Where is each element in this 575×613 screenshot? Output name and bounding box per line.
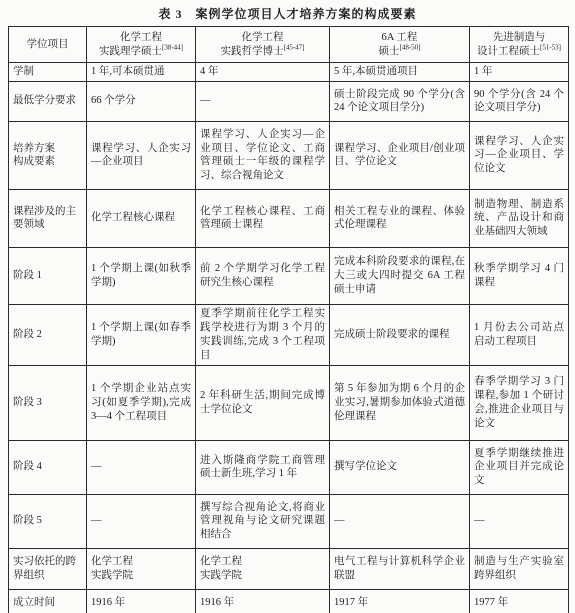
cell: 1 年,可本硕贯通	[87, 63, 196, 82]
table-title: 表 3 案例学位项目人才培养方案的构成要素	[0, 5, 575, 22]
cell: 化学工程 实践学院	[87, 548, 196, 589]
cell: —	[87, 494, 196, 548]
citation-superscript: [51-53]	[540, 43, 561, 51]
row-header: 阶段 1	[9, 247, 87, 304]
cell: —	[330, 494, 470, 548]
table-row: 最低学分要求 66 个学分 — 硕士阶段完成 90 个学分(含 24 个论文项目…	[9, 81, 569, 121]
cell: 制造与生产实验室跨界组织	[470, 548, 569, 589]
cell: 1916 年	[87, 589, 196, 613]
corner-header: 学位项目	[9, 27, 87, 63]
table-row: 课程涉及的主要领域 化学工程核心课程 化学工程核心课程、工商管理硕士课程 相关工…	[9, 189, 569, 247]
cell: 撰写学位论文	[330, 440, 470, 494]
table-row: 阶段 2 1 个学期上课(如春季学期) 夏季学期前往化学工程实践学校进行为期 3…	[9, 304, 569, 365]
table-row: 实习依托的跨界组织 化学工程 实践学院 化学工程 实践学院 电气工程与计算机科学…	[9, 548, 569, 589]
cell: 进入斯隆商学院工商管理硕士新生班,学习 1 年	[196, 440, 330, 494]
cell: 1917 年	[330, 589, 470, 613]
cell: 1 个学期上课(如秋季学期)	[87, 247, 196, 304]
cell: 1977 年	[470, 589, 569, 613]
table-row: 成立时间 1916 年 1916 年 1917 年 1977 年	[9, 589, 569, 613]
cell: 66 个学分	[87, 81, 196, 121]
cell: 课程学习、人企实习—企业项目、学位论文	[470, 121, 569, 189]
cell: 1 年	[470, 63, 569, 82]
column-header-line1: 化学工程	[120, 32, 162, 43]
cell: 夏季学期继续推进企业项目并完成论文	[470, 440, 569, 494]
cell: 1 月份去公司站点启动工程项目	[470, 304, 569, 365]
cell: 硕士阶段完成 90 个学分(含 24 个论文项目学分)	[330, 81, 470, 121]
cell: 课程学习、企业项目/创业项目、学位论文	[330, 121, 470, 189]
cell: 4 年	[196, 63, 330, 82]
column-header-6a-eng: 6A 工程硕士[48-50]	[330, 27, 470, 63]
cell: 夏季学期前往化学工程实践学校进行为期 3 个月的实践训练,完成 3 个工程项目	[196, 304, 330, 365]
cell: 完成本科阶段要求的课程,在大三或大四时提交 6A 工程硕士申请	[330, 247, 470, 304]
cell: 化学工程核心课程、工商管理硕士课程	[196, 189, 330, 247]
row-header: 成立时间	[9, 589, 87, 613]
header-row: 学位项目 化学工程实践理学硕士[38-44] 化学工程实践哲学博士[45-47]…	[9, 27, 569, 63]
column-header-chem-phd: 化学工程实践哲学博士[45-47]	[196, 27, 330, 63]
table-row: 培养方案 构成要素 课程学习、人企实习—企业项目 课程学习、人企实习—企业项目、…	[9, 121, 569, 189]
cell: 课程学习、人企实习—企业项目、学位论文、工商管理硕士一年级的课程学习、综合视角论…	[196, 121, 330, 189]
row-header: 阶段 4	[9, 440, 87, 494]
row-header: 培养方案 构成要素	[9, 121, 87, 189]
row-header: 学制	[9, 63, 87, 82]
cell: 化学工程核心课程	[87, 189, 196, 247]
table-row: 阶段 1 1 个学期上课(如秋季学期) 前 2 个学期学习化学工程研究生核心课程…	[9, 247, 569, 304]
column-header-line1: 6A 工程	[382, 32, 418, 43]
column-header-line1: 先进制造与	[493, 32, 546, 43]
table-row: 阶段 3 1 个学期企业站点实习(如夏季学期),完成 3—4 个工程项目 2 年…	[9, 365, 569, 440]
cell: 90 个学分(含 24 个论文项目学分)	[470, 81, 569, 121]
citation-superscript: [45-47]	[284, 43, 305, 51]
cell: 春季学期学习 3 门课程,参加 1 个研讨会,推进企业项目与论文	[470, 365, 569, 440]
cell: 化学工程 实践学院	[196, 548, 330, 589]
cell: 1 个学期上课(如春季学期)	[87, 304, 196, 365]
column-header-adv-mfg: 先进制造与设计工程硕士[51-53]	[470, 27, 569, 63]
column-header-line2: 设计工程硕士	[477, 46, 540, 57]
row-header: 最低学分要求	[9, 81, 87, 121]
cell: —	[196, 81, 330, 121]
cell: 第 5 年参加为期 6 个月的企业实习,暑期参加体验式道德伦理课程	[330, 365, 470, 440]
cell: —	[470, 494, 569, 548]
table-row: 阶段 4 — 进入斯隆商学院工商管理硕士新生班,学习 1 年 撰写学位论文 夏季…	[9, 440, 569, 494]
cell: 相关工程专业的课程、体验式伦理课程	[330, 189, 470, 247]
row-header: 阶段 3	[9, 365, 87, 440]
row-header: 课程涉及的主要领域	[9, 189, 87, 247]
cell: 课程学习、人企实习—企业项目	[87, 121, 196, 189]
table-row: 阶段 5 — 撰写综合视角论文,将商业管理视角与论文研究课题相结合 — —	[9, 494, 569, 548]
cell: 完成硕士阶段要求的课程	[330, 304, 470, 365]
column-header-line2: 实践理学硕士	[99, 46, 162, 57]
cell: —	[87, 440, 196, 494]
table-row: 学制 1 年,可本硕贯通 4 年 5 年,本硕贯通项目 1 年	[9, 63, 569, 82]
column-header-line2: 硕士	[379, 46, 400, 57]
cell: 1916 年	[196, 589, 330, 613]
row-header: 阶段 2	[9, 304, 87, 365]
citation-superscript: [48-50]	[400, 43, 421, 51]
row-header: 实习依托的跨界组织	[9, 548, 87, 589]
column-header-line1: 化学工程	[242, 32, 284, 43]
cell: 前 2 个学期学习化学工程研究生核心课程	[196, 247, 330, 304]
training-program-table: 学位项目 化学工程实践理学硕士[38-44] 化学工程实践哲学博士[45-47]…	[8, 26, 569, 613]
cell: 1 个学期企业站点实习(如夏季学期),完成 3—4 个工程项目	[87, 365, 196, 440]
cell: 撰写综合视角论文,将商业管理视角与论文研究课题相结合	[196, 494, 330, 548]
cell: 电气工程与计算机科学企业联盟	[330, 548, 470, 589]
row-header: 阶段 5	[9, 494, 87, 548]
citation-superscript: [38-44]	[162, 43, 183, 51]
cell: 制造物理、制造系统、产品设计和商业基础四大领域	[470, 189, 569, 247]
cell: 2 年科研生活,期间完成博士学位论文	[196, 365, 330, 440]
cell: 秋季学期学习 4 门课程	[470, 247, 569, 304]
column-header-chem-msc: 化学工程实践理学硕士[38-44]	[87, 27, 196, 63]
cell: 5 年,本硕贯通项目	[330, 63, 470, 82]
column-header-line2: 实践哲学博士	[221, 46, 284, 57]
